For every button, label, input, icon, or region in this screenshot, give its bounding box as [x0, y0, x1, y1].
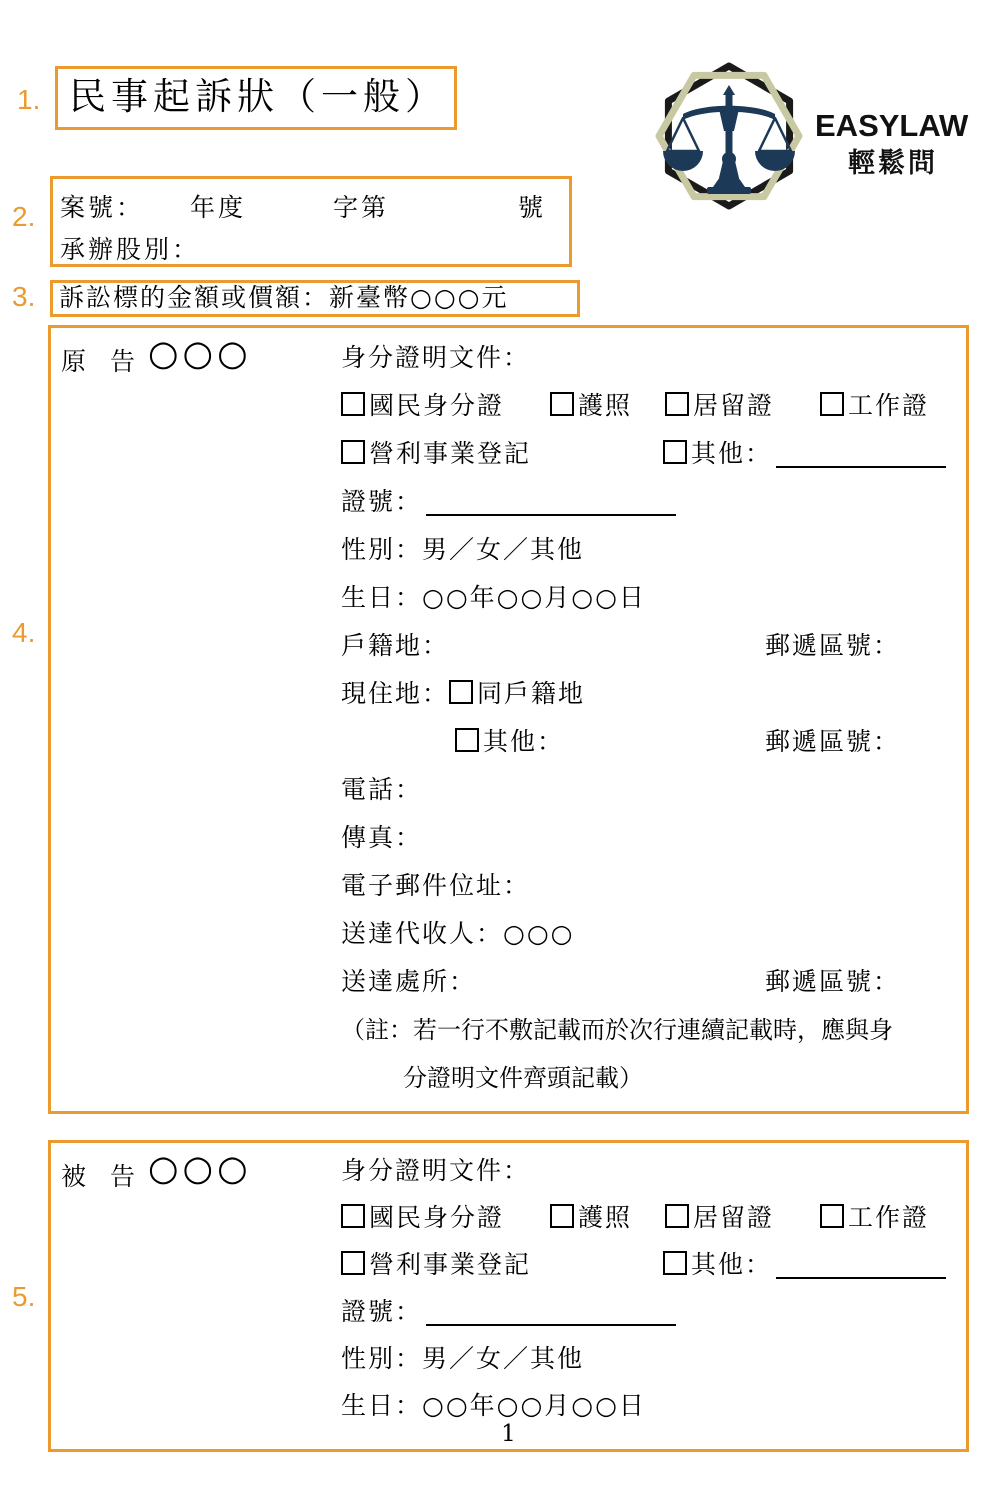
section-number-1: 1. [17, 84, 40, 116]
checkbox-icon [663, 1251, 687, 1275]
field-id-doc-options-1: 國民身分證 護照 居留證 工作證 [341, 382, 971, 430]
section-number-4: 4. [12, 617, 35, 649]
field-fax: 傳真： [341, 814, 971, 862]
checkbox-icon [341, 1204, 365, 1228]
option-passport: 護照 [578, 391, 632, 420]
field-id-number: 證號： [341, 1288, 971, 1335]
option-other: 其他： [691, 439, 772, 468]
postal-code-label: 郵遞區號： [765, 958, 900, 1006]
document-page: 1. 2. 3. 4. 5. 民事起訴狀（一般） EASYLAW 輕鬆問 [0, 0, 1000, 1495]
blank-underline [776, 448, 946, 468]
option-national-id: 國民身分證 [369, 1203, 504, 1232]
option-other: 其他： [691, 1250, 772, 1279]
id-number-label: 證號： [341, 487, 422, 516]
party-role-defendant: 被告 [61, 1157, 159, 1193]
checkbox-icon [663, 440, 687, 464]
field-id-doc-options-2: 營利事業登記 其他： [341, 1241, 971, 1288]
brand-name: EASYLAW [815, 108, 968, 144]
case-year-label: 年度 [190, 188, 246, 224]
case-number-box: 案號： 年度 字第 號 承辦股別： [50, 176, 572, 267]
checkbox-icon [665, 392, 689, 416]
field-phone: 電話： [341, 766, 971, 814]
email-label: 電子郵件位址： [341, 871, 530, 900]
field-id-doc: 身分證明文件： [341, 1147, 971, 1194]
claim-amount-box: 訴訟標的金額或價額：新臺幣○○○元 [50, 280, 580, 317]
brand-name-zh: 輕鬆問 [848, 141, 938, 180]
service-agent-label: 送達代收人：○○○ [341, 919, 574, 948]
field-current-address: 現住地：同戶籍地 [341, 670, 971, 718]
blank-underline [426, 496, 676, 516]
division-label: 承辦股別： [60, 230, 200, 266]
option-resident-cert: 居留證 [693, 1203, 774, 1232]
option-business-reg: 營利事業登記 [369, 1250, 531, 1279]
service-place-label: 送達處所： [341, 967, 476, 996]
defendant-fields: 身分證明文件： 國民身分證 護照 居留證 工作證 營利事業登記 其他： 證號： … [341, 1147, 971, 1429]
case-no-suffix: 號 [518, 188, 546, 224]
field-gender: 性別：男／女／其他 [341, 1335, 971, 1382]
note-line-2: 分證明文件齊頭記載） [341, 1054, 971, 1102]
section-number-2: 2. [12, 201, 35, 233]
id-doc-label: 身分證明文件： [341, 1156, 530, 1185]
claim-amount-line: 訴訟標的金額或價額：新臺幣○○○元 [59, 283, 508, 312]
same-as-registered-label: 同戶籍地 [477, 679, 585, 708]
id-number-label: 證號： [341, 1297, 422, 1326]
party-name-placeholder: ○○○ [148, 1149, 252, 1189]
checkbox-icon [820, 1204, 844, 1228]
option-passport: 護照 [578, 1203, 632, 1232]
birthday-label: 生日：○○年○○月○○日 [341, 1391, 646, 1420]
postal-code-label: 郵遞區號： [765, 718, 900, 766]
checkbox-icon [341, 440, 365, 464]
fax-label: 傳真： [341, 823, 422, 852]
title-box: 民事起訴狀（一般） [55, 66, 457, 130]
page-number: 1 [51, 1419, 966, 1449]
field-email: 電子郵件位址： [341, 862, 971, 910]
option-national-id: 國民身分證 [369, 391, 504, 420]
blank-underline [776, 1259, 946, 1279]
checkbox-icon [449, 680, 473, 704]
checkbox-icon [550, 1204, 574, 1228]
field-gender: 性別：男／女／其他 [341, 526, 971, 574]
current-address-label: 現住地： [341, 679, 449, 708]
checkbox-icon [665, 1204, 689, 1228]
option-business-reg: 營利事業登記 [369, 439, 531, 468]
checkbox-icon [455, 728, 479, 752]
defendant-box: 被告 ○○○ 身分證明文件： 國民身分證 護照 居留證 工作證 營利事業登記 其… [48, 1140, 969, 1452]
phone-label: 電話： [341, 775, 422, 804]
document-title: 民事起訴狀（一般） [69, 75, 447, 118]
field-current-address-other: 其他： 郵遞區號： [341, 718, 971, 766]
option-work-permit: 工作證 [848, 1203, 929, 1232]
blank-underline [426, 1306, 676, 1326]
field-service-agent: 送達代收人：○○○ [341, 910, 971, 958]
gender-label: 性別：男／女／其他 [341, 1344, 584, 1373]
option-resident-cert: 居留證 [693, 391, 774, 420]
checkbox-icon [341, 392, 365, 416]
scales-of-justice-icon [653, 57, 805, 215]
party-name-placeholder: ○○○ [148, 334, 252, 374]
postal-code-label: 郵遞區號： [765, 622, 900, 670]
option-other: 其他： [483, 727, 564, 756]
case-word-label: 字第 [333, 188, 389, 224]
section-number-5: 5. [12, 1281, 35, 1313]
case-no-label: 案號： [60, 188, 144, 224]
section-number-3: 3. [12, 281, 35, 313]
checkbox-icon [550, 392, 574, 416]
field-service-place: 送達處所： 郵遞區號： [341, 958, 971, 1006]
case-number-line: 案號： 年度 字第 號 [53, 188, 569, 220]
field-id-doc-options-2: 營利事業登記 其他： [341, 430, 971, 478]
field-registered-address: 戶籍地： 郵遞區號： [341, 622, 971, 670]
field-birthday: 生日：○○年○○月○○日 [341, 574, 971, 622]
option-work-permit: 工作證 [848, 391, 929, 420]
field-id-doc-options-1: 國民身分證 護照 居留證 工作證 [341, 1194, 971, 1241]
field-id-number: 證號： [341, 478, 971, 526]
id-doc-label: 身分證明文件： [341, 343, 530, 372]
note-line-1: （註：若一行不敷記載而於次行連續記載時，應與身 [341, 1006, 971, 1054]
checkbox-icon [341, 1251, 365, 1275]
registered-address-label: 戶籍地： [341, 631, 449, 660]
field-id-doc: 身分證明文件： [341, 334, 971, 382]
gender-label: 性別：男／女／其他 [341, 535, 584, 564]
birthday-label: 生日：○○年○○月○○日 [341, 583, 646, 612]
party-role-plaintiff: 原告 [61, 342, 159, 378]
plaintiff-fields: 身分證明文件： 國民身分證 護照 居留證 工作證 營利事業登記 其他： 證號： … [341, 334, 971, 1102]
plaintiff-box: 原告 ○○○ 身分證明文件： 國民身分證 護照 居留證 工作證 營利事業登記 其… [48, 325, 969, 1114]
checkbox-icon [820, 392, 844, 416]
